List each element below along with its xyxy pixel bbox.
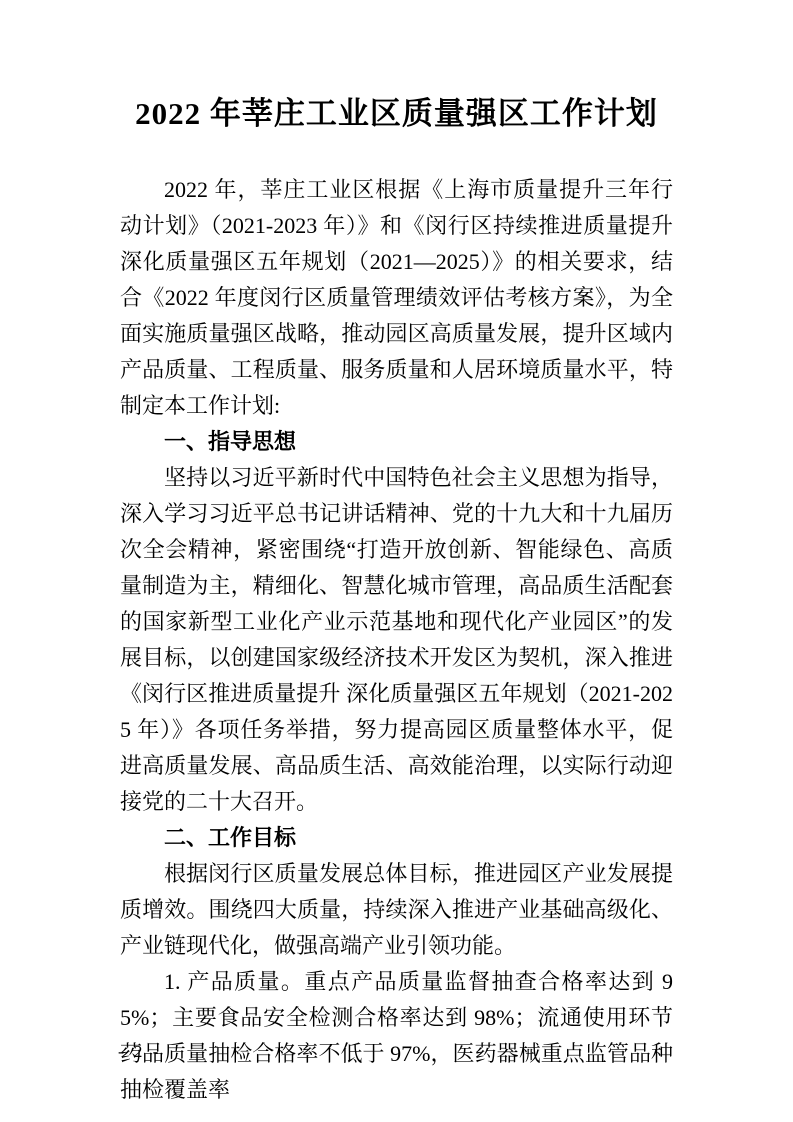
page-number: - 2 - bbox=[118, 1040, 161, 1064]
paragraph-product-quality: 1. 产品质量。重点产品质量监督抽查合格率达到 95%；主要食品安全检测合格率达… bbox=[120, 964, 673, 1108]
section-heading-work-goals: 二、工作目标 bbox=[120, 820, 673, 856]
paragraph-guiding-ideology: 坚持以习近平新时代中国特色社会主义思想为指导，深入学习习近平总书记讲话精神、党的… bbox=[120, 460, 673, 820]
section-heading-guiding-ideology: 一、指导思想 bbox=[120, 424, 673, 460]
document-body: 2022 年莘庄工业区质量强区工作计划 2022 年，莘庄工业区根据《上海市质量… bbox=[120, 94, 673, 1108]
document-title: 2022 年莘庄工业区质量强区工作计划 bbox=[120, 94, 673, 134]
paragraph-work-goals: 根据闵行区质量发展总体目标，推进园区产业发展提质增效。围绕四大质量，持续深入推进… bbox=[120, 856, 673, 964]
document-page: 2022 年莘庄工业区质量强区工作计划 2022 年，莘庄工业区根据《上海市质量… bbox=[0, 0, 793, 1122]
paragraph-intro: 2022 年，莘庄工业区根据《上海市质量提升三年行动计划》（2021-2023 … bbox=[120, 172, 673, 424]
